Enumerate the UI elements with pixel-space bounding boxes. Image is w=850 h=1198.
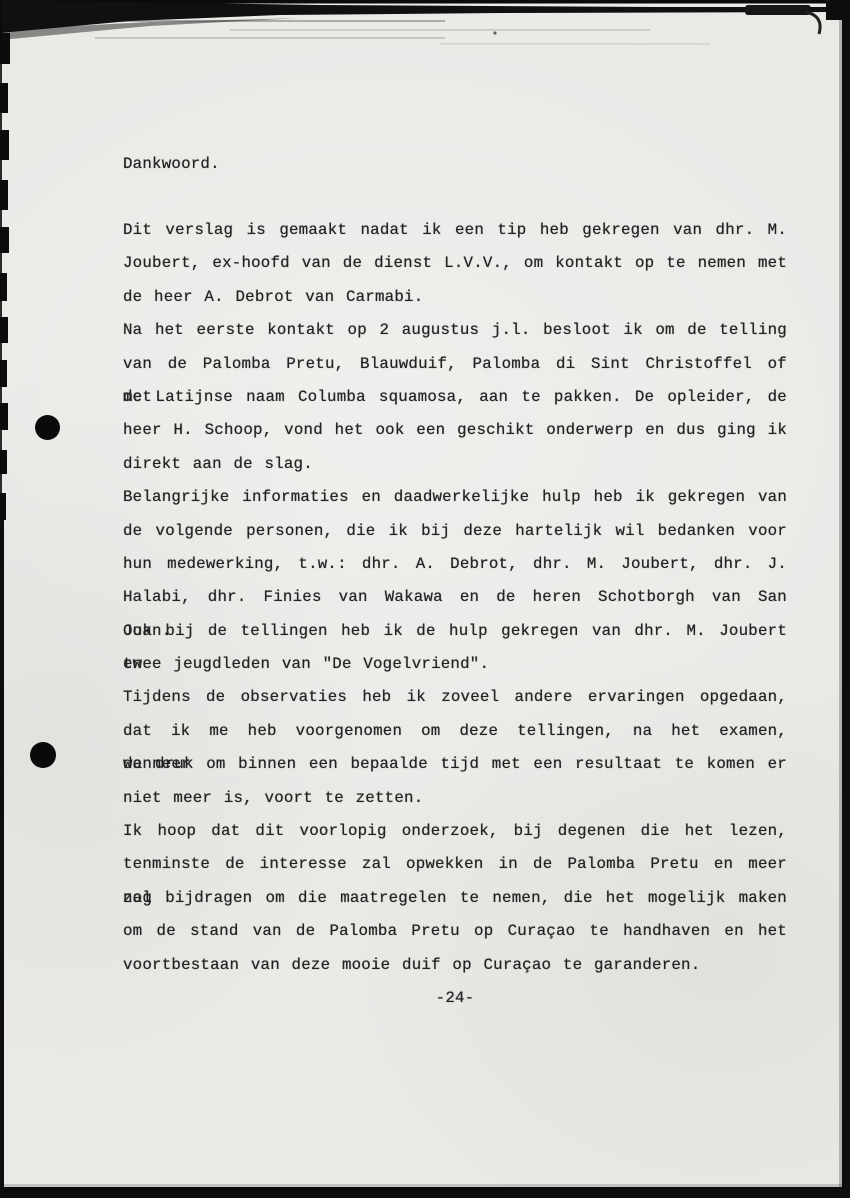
text-line: de druk om binnen een bepaalde tijd met … <box>123 748 787 781</box>
document-content: Dankwoord. Dit verslag is gemaakt nadat … <box>123 148 787 1015</box>
text-line: de volgende personen, die ik bij deze ha… <box>123 515 787 548</box>
text-line: tenminste de interesse zal opwekken in d… <box>123 848 787 881</box>
text-line: zal bijdragen om die maatregelen te neme… <box>123 882 787 915</box>
text-line: twee jeugdleden van "De Vogelvriend". <box>123 648 787 681</box>
text-line: voortbestaan van deze mooie duif op Cura… <box>123 949 787 982</box>
text-line: dat ik me heb voorgenomen om deze tellin… <box>123 715 787 748</box>
text-line: Na het eerste kontakt op 2 augustus j.l.… <box>123 314 787 347</box>
text-line: Joubert, ex-hoofd van de dienst L.V.V., … <box>123 247 787 280</box>
punch-hole <box>30 742 56 768</box>
text-line: direkt aan de slag. <box>123 448 787 481</box>
punch-hole <box>35 415 60 440</box>
text-line: niet meer is, voort te zetten. <box>123 782 787 815</box>
scanned-document-page: Dankwoord. Dit verslag is gemaakt nadat … <box>0 0 850 1198</box>
scan-artifact-bottom-shade <box>0 1184 850 1187</box>
text-line: om de stand van de Palomba Pretu op Cura… <box>123 915 787 948</box>
text-line: Halabi, dhr. Finies van Wakawa en de her… <box>123 581 787 614</box>
scan-artifact-top-band <box>0 0 850 54</box>
scan-artifact-left-tabs <box>0 0 14 540</box>
text-line: Ik hoop dat dit voorlopig onderzoek, bij… <box>123 815 787 848</box>
text-line: de Latijnse naam Columba squamosa, aan t… <box>123 381 787 414</box>
page-title: Dankwoord. <box>123 148 787 181</box>
text-line: heer H. Schoop, vond het ook een geschik… <box>123 414 787 447</box>
text-line: Belangrijke informaties en daadwerkelijk… <box>123 481 787 514</box>
scan-artifact-left-strip <box>0 512 4 1198</box>
page-number: -24- <box>123 982 787 1015</box>
text-line: Tijdens de observaties heb ik zoveel and… <box>123 681 787 714</box>
text-line: hun medewerking, t.w.: dhr. A. Debrot, d… <box>123 548 787 581</box>
scan-artifact-right-shade <box>839 0 842 1198</box>
scan-artifact-right-strip <box>842 0 850 1198</box>
body-text: Dit verslag is gemaakt nadat ik een tip … <box>123 214 787 982</box>
text-line: de heer A. Debrot van Carmabi. <box>123 281 787 314</box>
text-line: Ook bij de tellingen heb ik de hulp gekr… <box>123 615 787 648</box>
scan-artifact-bottom-strip <box>0 1187 850 1198</box>
scan-artifact-left-edge <box>0 0 2 1198</box>
text-line: van de Palomba Pretu, Blauwduif, Palomba… <box>123 348 787 381</box>
text-line: Dit verslag is gemaakt nadat ik een tip … <box>123 214 787 247</box>
